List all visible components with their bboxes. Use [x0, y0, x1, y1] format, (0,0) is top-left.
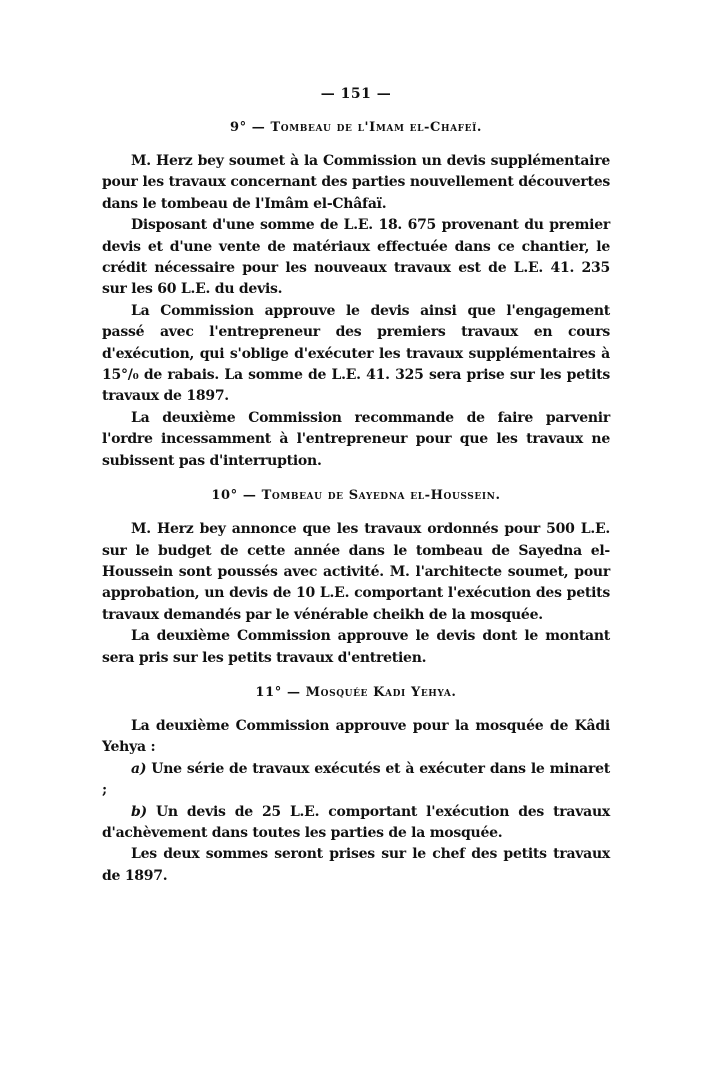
- list-marker: b): [131, 804, 147, 820]
- list-item-a: a) Une série de travaux exécutés et à ex…: [102, 759, 610, 802]
- closing-paragraph: Les deux sommes seront prises sur le che…: [102, 844, 610, 887]
- page-number: — 151 —: [102, 86, 610, 102]
- paragraph: M. Herz bey soumet à la Commission un de…: [102, 151, 610, 215]
- document-page: — 151 — 9° — Tombeau de l'Imam el-Chafeï…: [102, 86, 610, 887]
- list-item-text: Une série de travaux exécutés et à exécu…: [102, 761, 610, 798]
- paragraph: La deuxième Commission recommande de fai…: [102, 408, 610, 472]
- section-heading-11: 11° — Mosquée Kadi Yehya.: [102, 685, 610, 700]
- paragraph: La deuxième Commission approuve pour la …: [102, 716, 610, 759]
- list-marker: a): [131, 761, 146, 777]
- paragraph: La deuxième Commission approuve le devis…: [102, 626, 610, 669]
- list-item-text: Un devis de 25 L.E. comportant l'exécuti…: [102, 804, 610, 841]
- paragraph: Disposant d'une somme de L.E. 18. 675 pr…: [102, 215, 610, 301]
- paragraph: M. Herz bey annonce que les travaux ordo…: [102, 519, 610, 626]
- section-heading-9: 9° — Tombeau de l'Imam el-Chafeï.: [102, 120, 610, 135]
- section-heading-10: 10° — Tombeau de Sayedna el-Houssein.: [102, 488, 610, 503]
- paragraph: La Commission approuve le devis ainsi qu…: [102, 301, 610, 408]
- list-item-b: b) Un devis de 25 L.E. comportant l'exéc…: [102, 802, 610, 845]
